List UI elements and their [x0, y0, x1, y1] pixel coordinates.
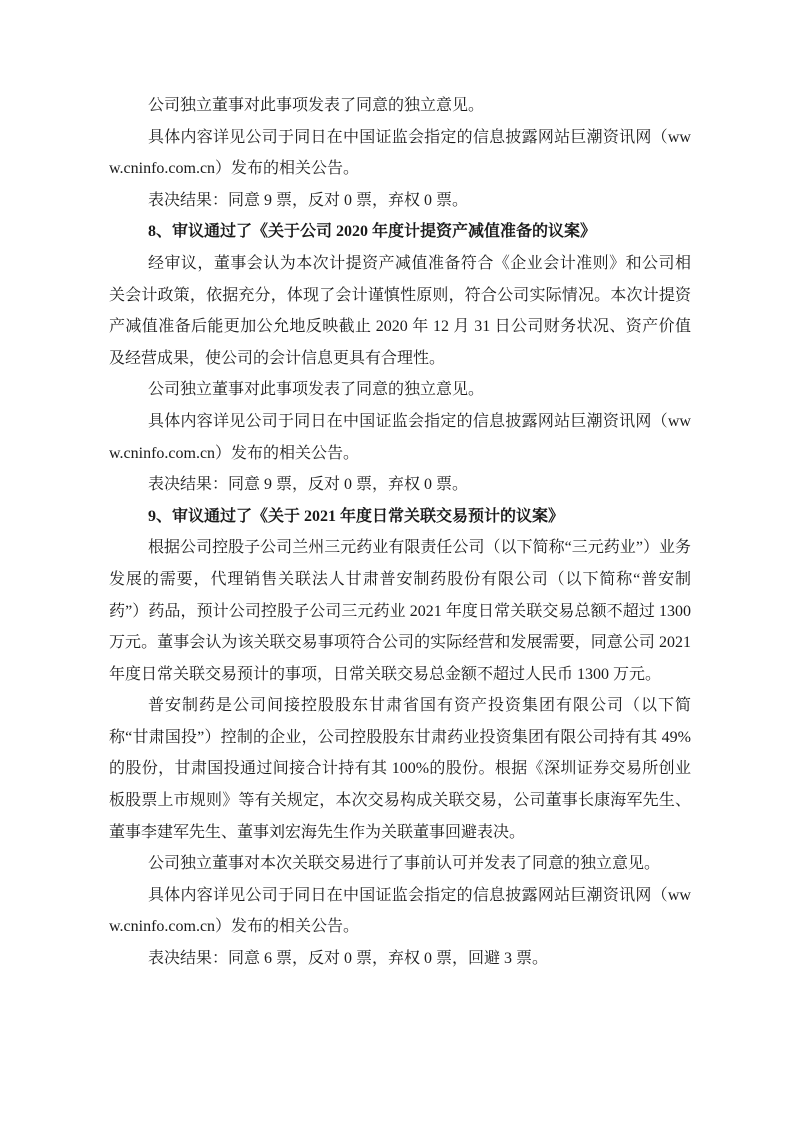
item-9-content-paragraph-2: 普安制药是公司间接控股股东甘肃省国有资产投资集团有限公司（以下简称“甘肃国投”）… — [109, 690, 691, 848]
disclosure-notice-paragraph: 具体内容详见公司于同日在中国证监会指定的信息披露网站巨潮资讯网（www.cnin… — [109, 122, 691, 185]
vote-result-paragraph: 表决结果：同意 9 票，反对 0 票，弃权 0 票。 — [109, 185, 691, 217]
disclosure-notice-paragraph: 具体内容详见公司于同日在中国证监会指定的信息披露网站巨潮资讯网（www.cnin… — [109, 406, 691, 469]
disclosure-notice-paragraph: 具体内容详见公司于同日在中国证监会指定的信息披露网站巨潮资讯网（www.cnin… — [109, 880, 691, 943]
prior-approval-opinion-paragraph: 公司独立董事对本次关联交易进行了事前认可并发表了同意的独立意见。 — [109, 848, 691, 880]
independent-opinion-paragraph: 公司独立董事对此事项发表了同意的独立意见。 — [109, 90, 691, 122]
vote-result-paragraph: 表决结果：同意 9 票，反对 0 票，弃权 0 票。 — [109, 469, 691, 501]
item-9-content-paragraph-1: 根据公司控股子公司兰州三元药业有限责任公司（以下简称“三元药业”）业务发展的需要… — [109, 532, 691, 690]
document-page: 公司独立董事对此事项发表了同意的独立意见。 具体内容详见公司于同日在中国证监会指… — [0, 0, 793, 1122]
item-8-heading: 8、审议通过了《关于公司 2020 年度计提资产减值准备的议案》 — [109, 216, 691, 248]
vote-result-paragraph: 表决结果：同意 6 票，反对 0 票，弃权 0 票，回避 3 票。 — [109, 943, 691, 975]
independent-opinion-paragraph: 公司独立董事对此事项发表了同意的独立意见。 — [109, 374, 691, 406]
item-8-content-paragraph: 经审议，董事会认为本次计提资产减值准备符合《企业会计准则》和公司相关会计政策，依… — [109, 248, 691, 374]
item-9-heading: 9、审议通过了《关于 2021 年度日常关联交易预计的议案》 — [109, 501, 691, 533]
